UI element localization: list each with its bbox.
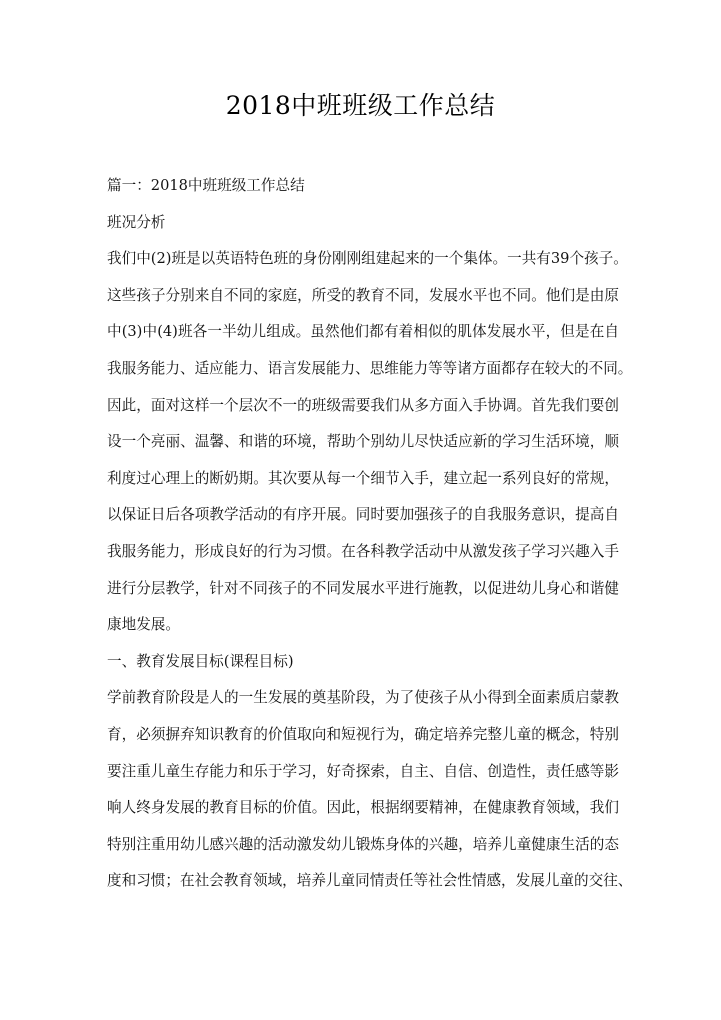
paragraph-line: 设一个亮丽、温馨、和谐的环境，帮助个别幼儿尽快适应新的学习生活环境，顺 <box>107 424 619 461</box>
paragraph-line: 我服务能力，形成良好的行为习惯。在各科教学活动中从激发孩子学习兴趣入手 <box>107 534 619 571</box>
document-page: 2018中班班级工作总结 篇一：2018中班班级工作总结 班况分析 我们中(2)… <box>0 0 721 1020</box>
paragraph-line: 康地发展。 <box>107 607 619 644</box>
paragraph-line: 进行分层教学，针对不同孩子的不同发展水平进行施教，以促进幼儿身心和谐健 <box>107 571 619 608</box>
paragraph-line: 育，必须摒弃知识教育的价值取向和短视行为，确定培养完整儿童的概念，特别 <box>107 717 619 754</box>
paragraph-line: 度和习惯；在社会教育领域，培养儿童同情责任等社会性情感，发展儿童的交往、 <box>107 863 619 900</box>
section-heading: 一、教育发展目标(课程目标) <box>107 644 619 681</box>
paragraph-line: 利度过心理上的断奶期。其次要从每一个细节入手，建立起一系列良好的常规， <box>107 461 619 498</box>
paragraph-line: 以保证日后各项教学活动的有序开展。同时要加强孩子的自我服务意识，提高自 <box>107 497 619 534</box>
paragraph-line: 学前教育阶段是人的一生发展的奠基阶段，为了使孩子从小得到全面素质启蒙教 <box>107 680 619 717</box>
paragraph-line: 特别注重用幼儿感兴趣的活动激发幼儿锻炼身体的兴趣，培养儿童健康生活的态 <box>107 827 619 864</box>
subsection-heading: 班况分析 <box>107 205 619 242</box>
document-body: 篇一：2018中班班级工作总结 班况分析 我们中(2)班是以英语特色班的身份刚刚… <box>107 168 619 900</box>
paragraph-line: 我们中(2)班是以英语特色班的身份刚刚组建起来的一个集体。一共有39个孩子。 <box>107 241 619 278</box>
paragraph-line: 这些孩子分别来自不同的家庭，所受的教育不同，发展水平也不同。他们是由原 <box>107 278 619 315</box>
paragraph-line: 响人终身发展的教育目标的价值。因此，根据纲要精神，在健康教育领域，我们 <box>107 790 619 827</box>
paragraph-line: 因此，面对这样一个层次不一的班级需要我们从多方面入手协调。首先我们要创 <box>107 388 619 425</box>
paragraph-line: 中(3)中(4)班各一半幼儿组成。虽然他们都有着相似的肌体发展水平，但是在自 <box>107 314 619 351</box>
paragraph-line: 我服务能力、适应能力、语言发展能力、思维能力等等诸方面都存在较大的不同。 <box>107 351 619 388</box>
document-title: 2018中班班级工作总结 <box>0 88 721 124</box>
paragraph-line: 要注重儿童生存能力和乐于学习，好奇探索，自主、自信、创造性，责任感等影 <box>107 754 619 791</box>
section-heading: 篇一：2018中班班级工作总结 <box>107 168 619 205</box>
